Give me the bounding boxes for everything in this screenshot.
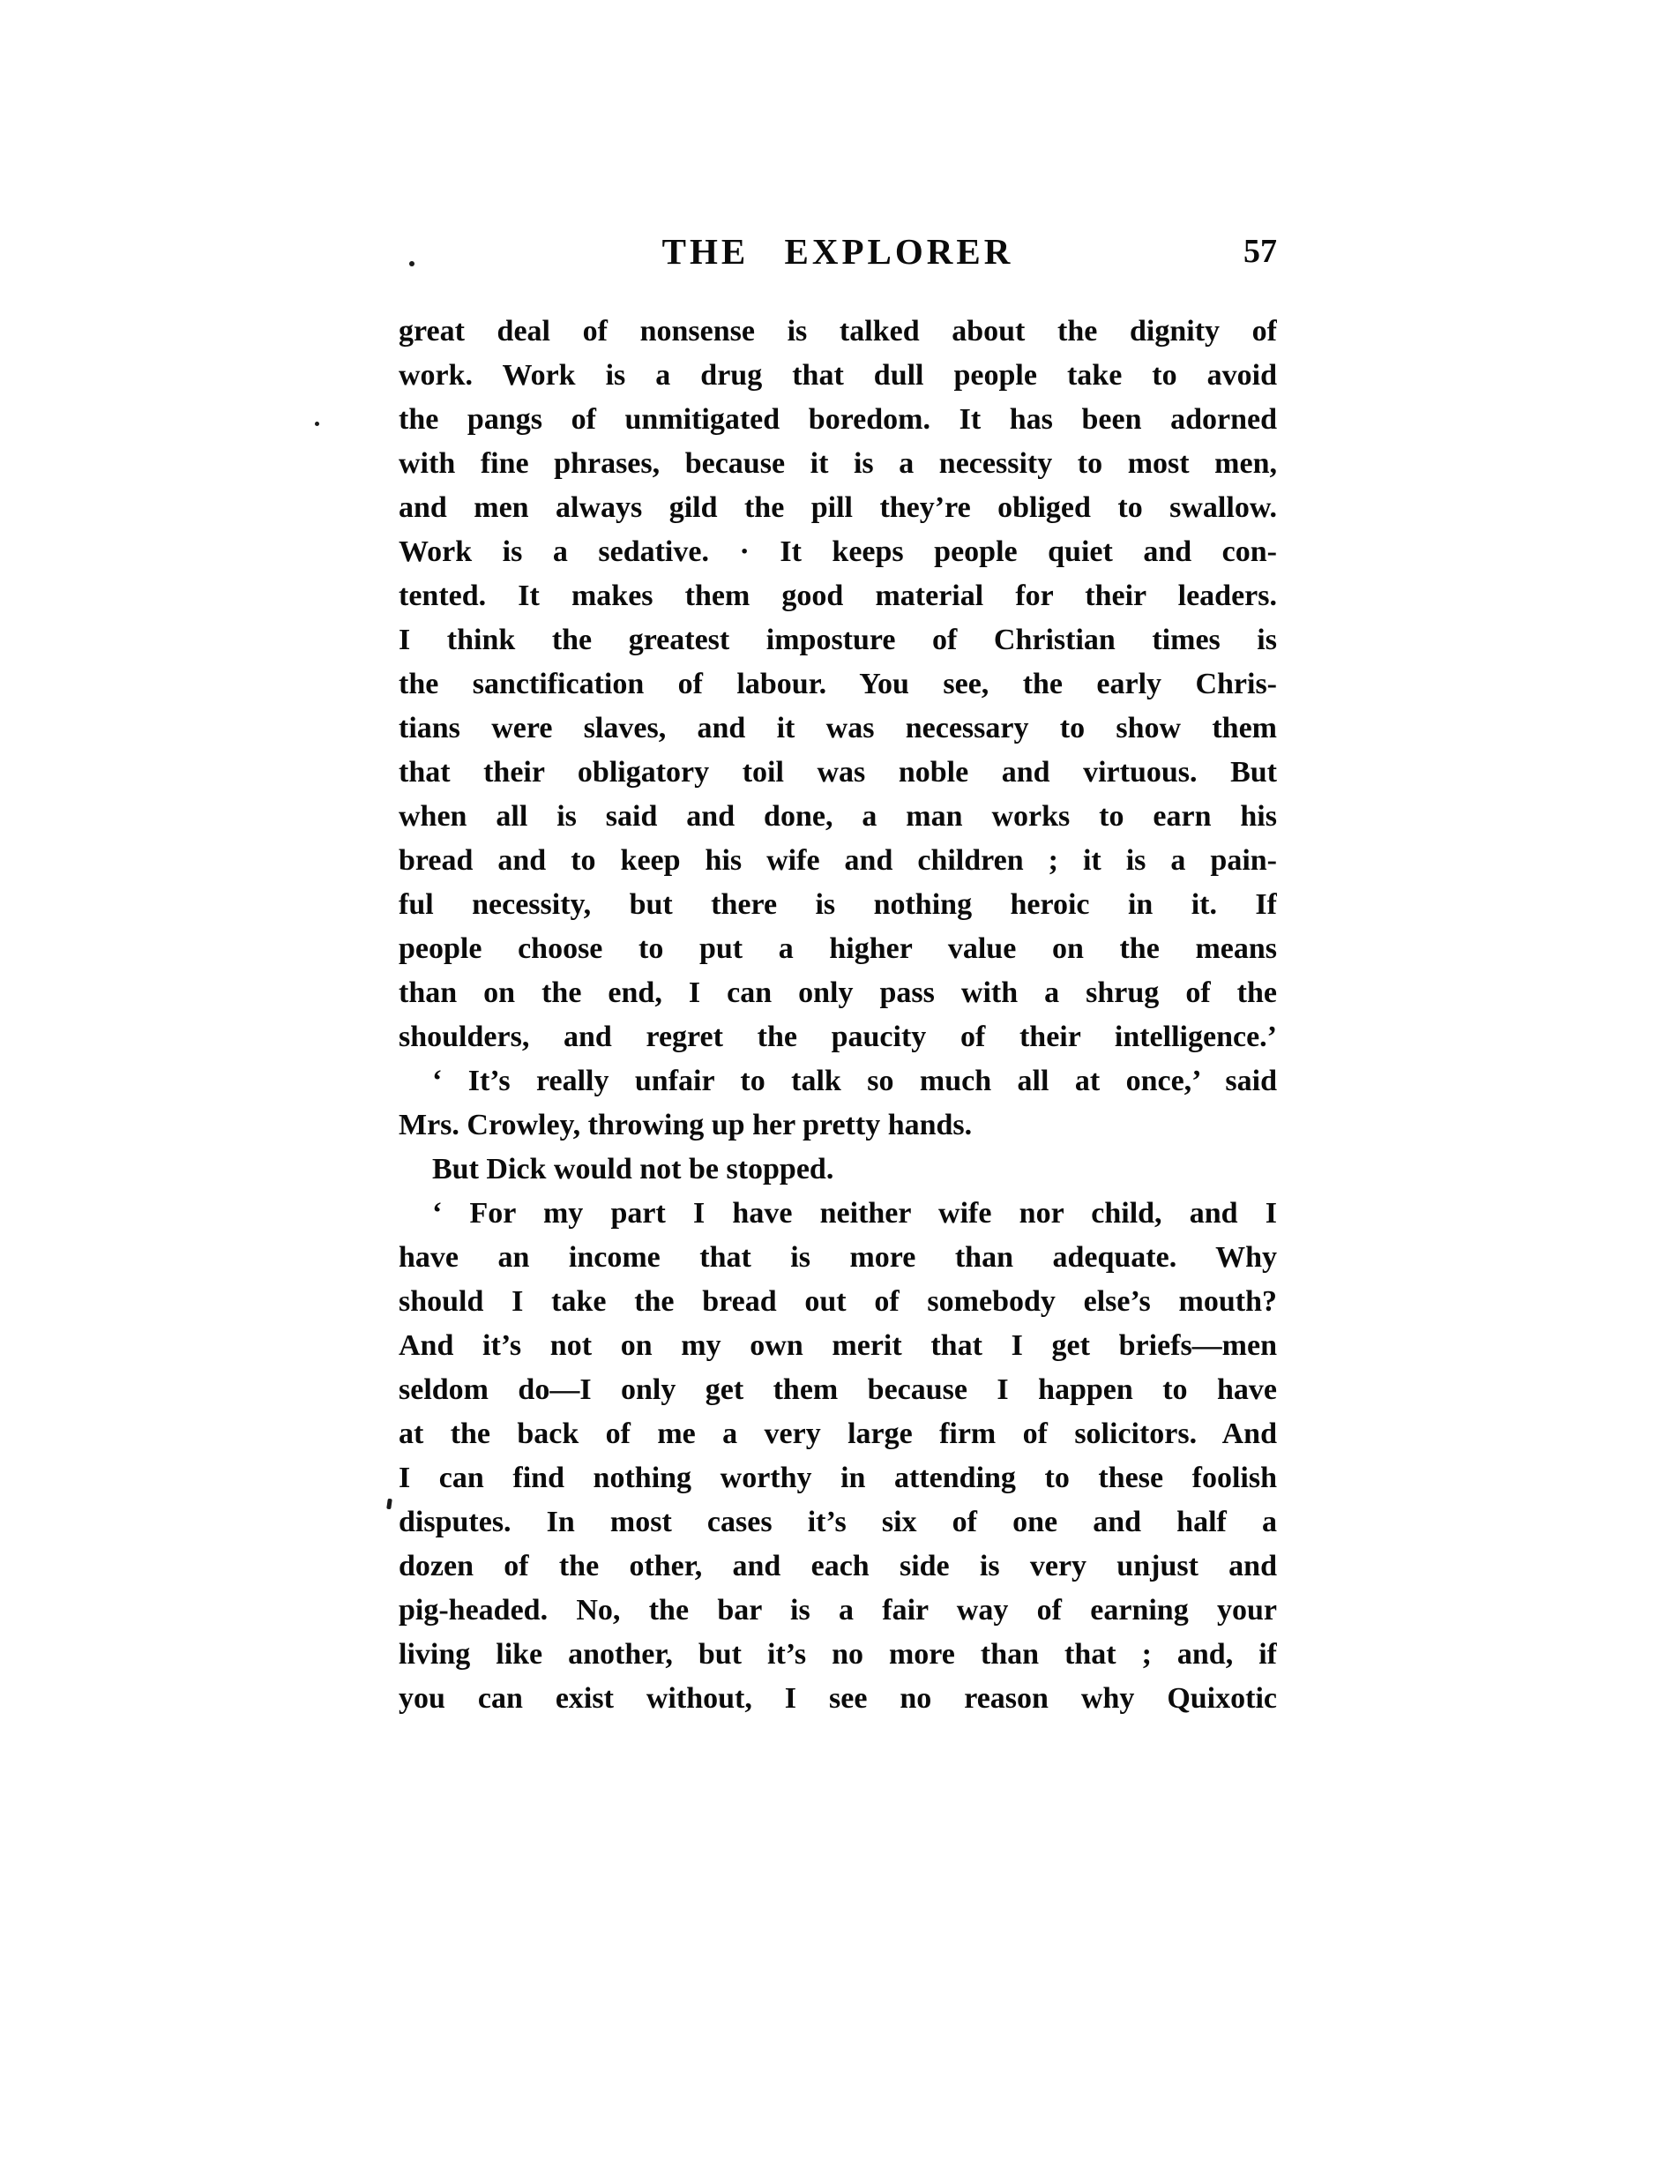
text-line: tented. It makes them good material for … bbox=[399, 574, 1277, 618]
text-line: the sanctification of labour. You see, t… bbox=[399, 662, 1277, 707]
body-text: great deal of nonsense is talked about t… bbox=[399, 310, 1277, 1721]
ink-speck bbox=[386, 1499, 392, 1510]
text-line: seldom do—I only get them because I happ… bbox=[399, 1368, 1277, 1412]
text-line: at the back of me a very large firm of s… bbox=[399, 1412, 1277, 1456]
text-line: I think the greatest imposture of Christ… bbox=[399, 618, 1277, 662]
text-line: that their obligatory toil was noble and… bbox=[399, 751, 1277, 795]
text-line: And it’s not on my own merit that I get … bbox=[399, 1324, 1277, 1368]
text-line: the pangs of unmitigated boredom. It has… bbox=[399, 398, 1277, 442]
text-line: than on the end, I can only pass with a … bbox=[399, 971, 1277, 1015]
text-line: work. Work is a drug that dull people ta… bbox=[399, 354, 1277, 398]
text-line: shoulders, and regret the paucity of the… bbox=[399, 1015, 1277, 1059]
text-line: ‘ It’s really unfair to talk so much all… bbox=[399, 1059, 1277, 1103]
running-title: THE EXPLORER bbox=[399, 229, 1277, 273]
text-line: bread and to keep his wife and children … bbox=[399, 839, 1277, 883]
ink-speck bbox=[409, 261, 414, 266]
text-line: Work is a sedative. · It keeps people qu… bbox=[399, 530, 1277, 574]
book-page: THE EXPLORER 57 great deal of nonsense i… bbox=[0, 0, 1680, 2184]
text-line: should I take the bread out of somebody … bbox=[399, 1280, 1277, 1324]
text-line: with fine phrases, because it is a neces… bbox=[399, 442, 1277, 486]
text-line: have an income that is more than adequat… bbox=[399, 1236, 1277, 1280]
text-line: I can find nothing worthy in attending t… bbox=[399, 1456, 1277, 1500]
text-line: ful necessity, but there is nothing hero… bbox=[399, 883, 1277, 927]
text-line: and men always gild the pill they’re obl… bbox=[399, 486, 1277, 530]
text-line: ‘ For my part I have neither wife nor ch… bbox=[399, 1192, 1277, 1236]
text-line: living like another, but it’s no more th… bbox=[399, 1633, 1277, 1677]
text-line: pig-headed. No, the bar is a fair way of… bbox=[399, 1589, 1277, 1633]
ink-speck bbox=[315, 422, 319, 426]
text-line: people choose to put a higher value on t… bbox=[399, 927, 1277, 971]
text-line: dozen of the other, and each side is ver… bbox=[399, 1545, 1277, 1589]
page-header: THE EXPLORER 57 bbox=[399, 229, 1277, 273]
page-number: 57 bbox=[1243, 229, 1277, 273]
text-line: disputes. In most cases it’s six of one … bbox=[399, 1500, 1277, 1545]
text-line: you can exist without, I see no reason w… bbox=[399, 1677, 1277, 1721]
text-line: when all is said and done, a man works t… bbox=[399, 795, 1277, 839]
text-line: tians were slaves, and it was necessary … bbox=[399, 707, 1277, 751]
text-line: But Dick would not be stopped. bbox=[399, 1148, 1277, 1192]
text-line: great deal of nonsense is talked about t… bbox=[399, 310, 1277, 354]
text-line: Mrs. Crowley, throwing up her pretty han… bbox=[399, 1103, 1277, 1148]
